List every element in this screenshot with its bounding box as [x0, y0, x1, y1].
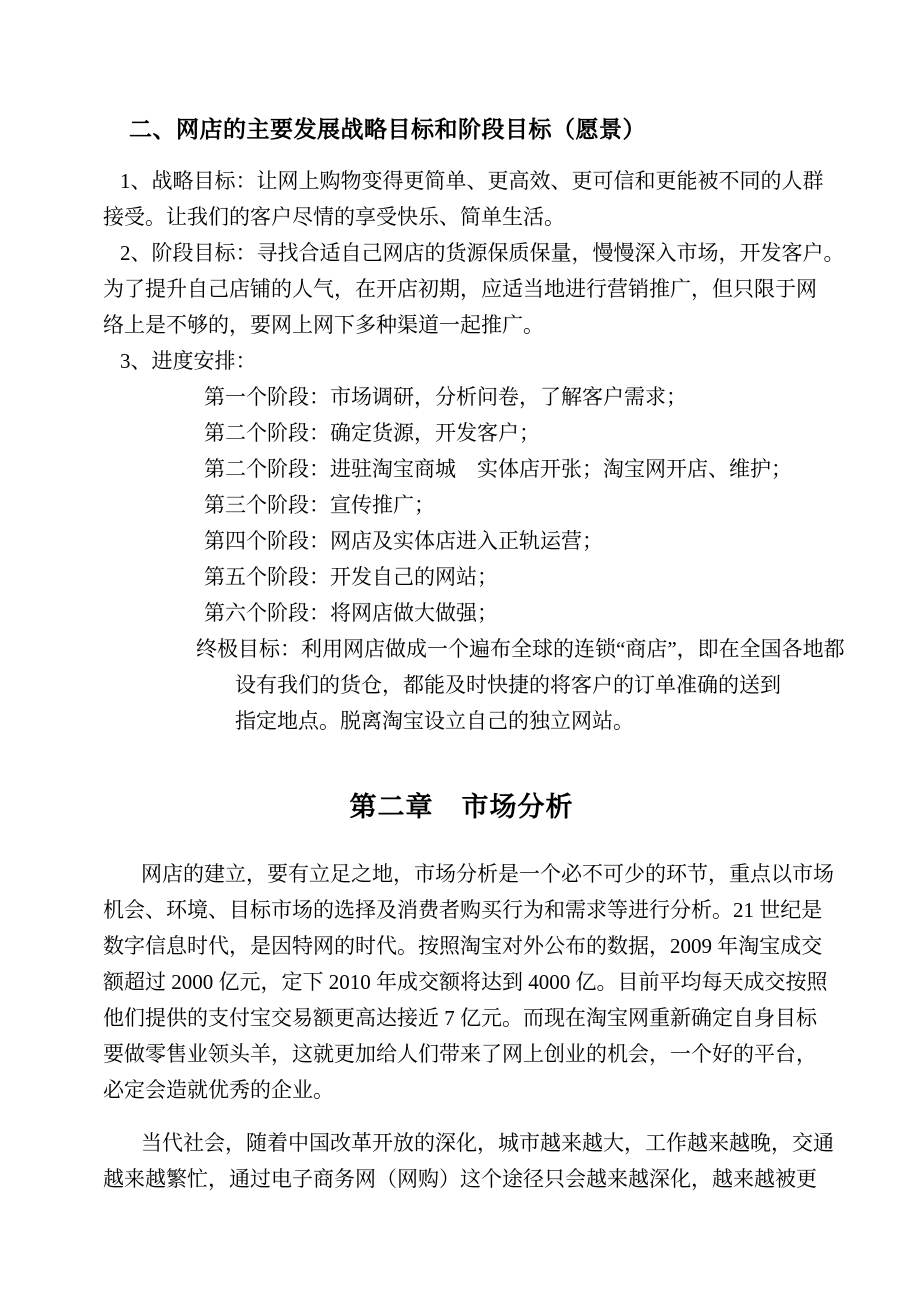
market-analysis-paragraph-2: 当代社会，随着中国改革开放的深化，城市越来越大，工作越来越晚，交通 越来越繁忙，… [103, 1125, 820, 1197]
stage-item-7: 第六个阶段：将网店做大做强； [204, 595, 820, 631]
schedule-heading: 3、进度安排： [103, 343, 820, 379]
stage-item-1: 第一个阶段：市场调研，分析问卷，了解客户需求； [204, 379, 820, 415]
page-content: 二、网店的主要发展战略目标和阶段目标（愿景） 1、战略目标：让网上购物变得更简单… [0, 0, 920, 1197]
chapter-2-heading: 第二章 市场分析 [103, 788, 820, 826]
stage-item-4: 第三个阶段：宣传推广； [204, 487, 820, 523]
stage-item-5: 第四个阶段：网店及实体店进入正轨运营； [204, 523, 820, 559]
market-analysis-paragraph-1: 网店的建立，要有立足之地，市场分析是一个必不可少的环节，重点以市场 机会、环境、… [103, 856, 820, 1108]
document-page: 二、网店的主要发展战略目标和阶段目标（愿景） 1、战略目标：让网上购物变得更简单… [0, 0, 920, 1302]
stage-goal-paragraph: 2、阶段目标：寻找合适自己网店的货源保质保量，慢慢深入市场，开发客户。 为了提升… [103, 235, 820, 343]
strategic-goal-paragraph: 1、战略目标：让网上购物变得更简单、更高效、更可信和更能被不同的人群 接受。让我… [103, 163, 820, 235]
ultimate-goal-paragraph: 终极目标：利用网店做成一个遍布全球的连锁“商店”，即在全国各地都 设有我们的货仓… [235, 631, 820, 739]
stage-item-2: 第二个阶段：确定货源，开发客户； [204, 415, 820, 451]
section-2-heading: 二、网店的主要发展战略目标和阶段目标（愿景） [129, 114, 820, 146]
stage-item-6: 第五个阶段：开发自己的网站； [204, 559, 820, 595]
stage-item-3: 第二个阶段：进驻淘宝商城 实体店开张；淘宝网开店、维护； [204, 451, 820, 487]
